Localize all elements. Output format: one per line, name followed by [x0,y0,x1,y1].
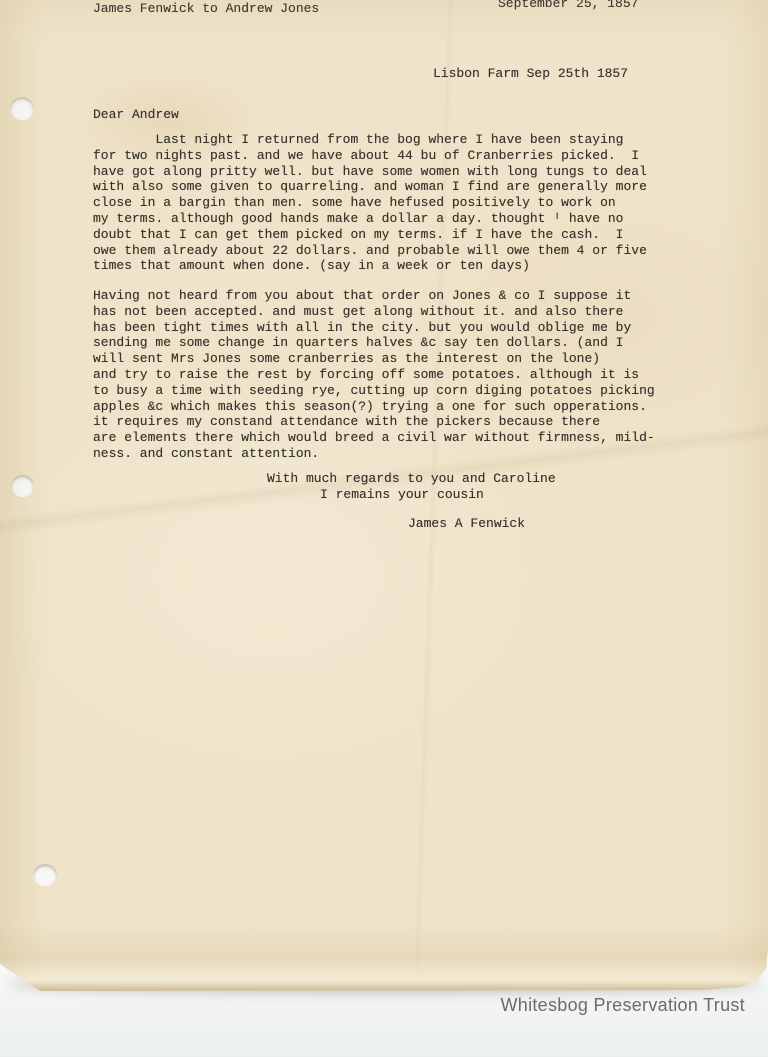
scanned-letter-page: James Fenwick to Andrew Jones September … [0,0,768,1057]
punch-hole-top [10,97,34,120]
archive-date: September 25, 1857 [498,0,638,12]
punch-hole-bottom [33,864,57,886]
letter-dateline: Lisbon Farm Sep 25th 1857 [433,66,628,82]
letter-closing: With much regards to you and Caroline [267,471,556,487]
punch-hole-middle [11,475,34,497]
letter-signature: James A Fenwick [408,516,525,532]
letter-paragraph: Having not heard from you about that ord… [93,288,655,462]
letter-salutation: Dear Andrew [93,107,179,123]
archive-caption: James Fenwick to Andrew Jones [93,1,319,17]
letter-paragraph: Last night I returned from the bog where… [93,132,647,274]
archive-credit: Whitesbog Preservation Trust [500,995,745,1016]
letter-paper: James Fenwick to Andrew Jones September … [0,0,768,992]
letter-closing: I remains your cousin [320,487,484,503]
